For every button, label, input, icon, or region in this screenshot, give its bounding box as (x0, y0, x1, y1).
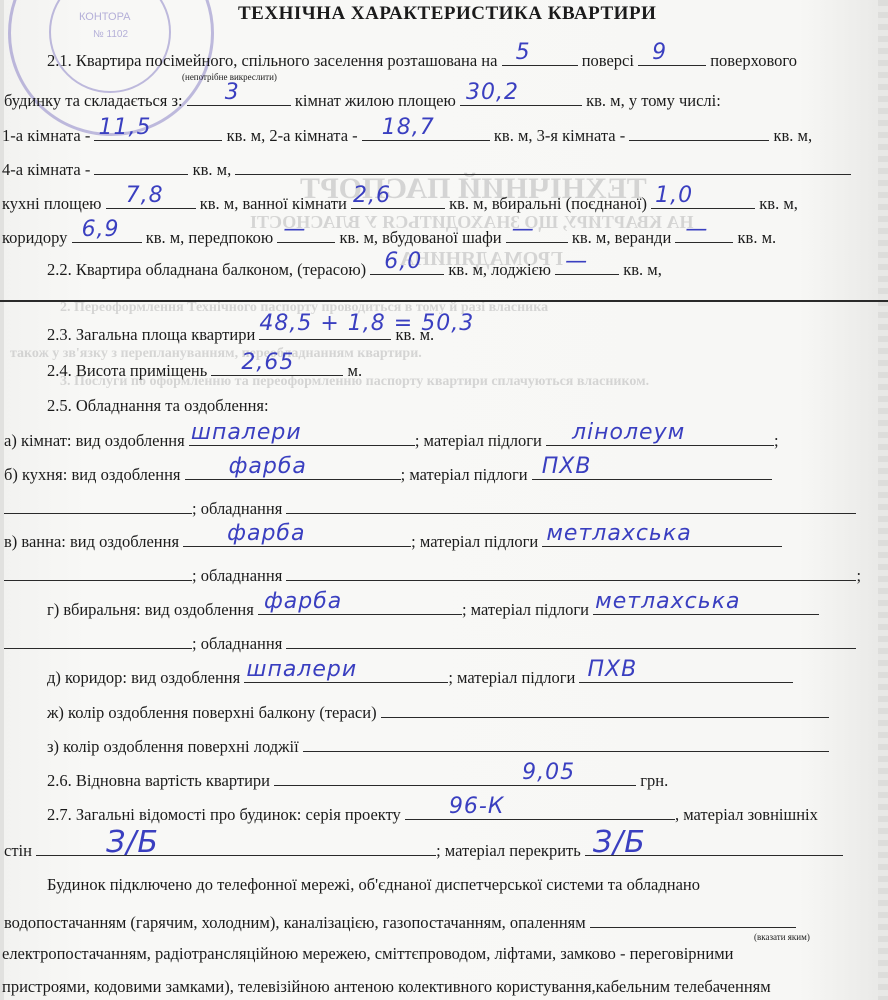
corridor-area-field: 6,9 (72, 225, 142, 243)
rooms-finish-field: шпалери (189, 428, 415, 446)
room3-field (629, 123, 769, 141)
toilet-finish-field: фарба (258, 597, 462, 615)
section-2-4: 2.4. Висота приміщень 2,65 м. (47, 358, 362, 381)
kitchen-equipment-field (286, 496, 856, 514)
heating-note: (вказати яким) (754, 932, 810, 942)
bath-equipment-line: ; обладнання ; (4, 563, 861, 586)
bath-equipment-field (286, 563, 856, 581)
floor-field: 5 (502, 48, 578, 66)
section-2-2: 2.2. Квартира обладнана балконом, (терас… (47, 257, 662, 280)
building-text-line1: Будинок підключено до телефонної мережі,… (47, 875, 700, 895)
bath-floor-field: метлахська (542, 529, 782, 547)
section-2-1-line1: 2.1. Квартира посімейного, спільного зас… (47, 48, 797, 71)
room1-field: 11,5 (94, 123, 222, 141)
ceiling-height-field: 2,65 (211, 358, 343, 376)
section-2-1-line2: будинку та складається з: 3 кімнат жилою… (4, 88, 721, 111)
bath-finish-field: фарба (183, 529, 411, 547)
heating-type-field (590, 910, 796, 928)
balcony-color-line: ж) колір оздоблення поверхні балкону (те… (47, 700, 829, 723)
balcony-area-field: 6,0 (370, 257, 444, 275)
floors-material-field: З/Б (585, 838, 843, 856)
balcony-color-field (381, 700, 829, 718)
corridor-line: коридору 6,9 кв. м, передпокою — кв. м, … (2, 225, 776, 248)
rooms-count-field: 3 (187, 88, 291, 106)
corridor-finish-line: д) коридор: вид оздоблення шпалери; мате… (47, 665, 793, 688)
walls-material-field: З/Б (36, 838, 436, 856)
kitchen-equipment-line: ; обладнання (4, 496, 856, 519)
toilet-floor-field: метлахська (593, 597, 819, 615)
kitchen-line: кухні площею 7,8 кв. м, ванної кімнати 2… (2, 191, 798, 214)
veranda-area-field: — (675, 225, 733, 243)
stamp-text: КОНТОРА (79, 11, 131, 23)
separator-line (0, 300, 888, 302)
restoration-cost-field: 9,05 (274, 768, 636, 786)
section-2-7-line1: 2.7. Загальні відомості про будинок: сер… (47, 802, 818, 825)
bath-area-field: 2,6 (351, 191, 445, 209)
kitchen-finish-line: б) кухня: вид оздоблення фарба; матеріал… (4, 462, 772, 485)
floors-total-field: 9 (638, 48, 706, 66)
room4-field (94, 157, 188, 175)
kitchen-finish-field: фарба (185, 462, 401, 480)
page-title: ТЕХНІЧНА ХАРАКТЕРИСТИКА КВАРТИРИ (238, 3, 656, 25)
section-2-5-heading: 2.5. Обладнання та оздоблення: (47, 396, 269, 416)
room4-line: 4-а кімната - кв. м, (2, 157, 851, 180)
corridor-finish-field: шпалери (244, 665, 448, 683)
rooms-line: 1-а кімната - 11,5 кв. м, 2-а кімната - … (2, 123, 812, 146)
extra-field (235, 157, 851, 175)
loggia-color-field (303, 734, 829, 752)
building-text-line3: електропостачанням, радіотрансляційною м… (2, 944, 734, 964)
document-page: ТЕХНІЧНИЙ ПАСПОРТ НА КВАРТИРУ, ЩО ЗНАХОД… (0, 0, 888, 1000)
toilet-area-field: 1,0 (651, 191, 755, 209)
project-series-field: 96-К (405, 802, 675, 820)
living-area-field: 30,2 (460, 88, 582, 106)
room2-field: 18,7 (362, 123, 490, 141)
rooms-floor-field: лінолеум (546, 428, 774, 446)
scan-edge-right (878, 0, 888, 1000)
section-2-7-line2: стін З/Б; матеріал перекрить З/Б (4, 838, 843, 861)
closet-area-field: — (506, 225, 568, 243)
bath-finish-line: в) ванна: вид оздоблення фарба; матеріал… (4, 529, 782, 552)
corridor-floor-field: ПХВ (579, 665, 793, 683)
building-text-line4: пристроями, кодовими замками), телевізій… (2, 977, 771, 997)
stamp-number: № 1102 (93, 29, 128, 40)
toilet-finish-line: г) вбиральня: вид оздоблення фарба; мате… (47, 597, 819, 620)
total-area-field: 48,5 + 1,8 = 50,3 (259, 322, 391, 340)
building-text-line2: водопостачанням (гарячим, холодним), кан… (4, 910, 796, 933)
toilet-equipment-field (286, 631, 856, 649)
kitchen-area-field: 7,8 (106, 191, 196, 209)
section-2-3: 2.3. Загальна площа квартири 48,5 + 1,8 … (47, 322, 434, 345)
loggia-color-line: з) колір оздоблення поверхні лоджії (47, 734, 829, 757)
hall-area-field: — (277, 225, 335, 243)
rooms-finish-line: а) кімнат: вид оздоблення шпалери; матер… (4, 428, 779, 451)
kitchen-floor-field: ПХВ (532, 462, 772, 480)
section-2-6: 2.6. Відновна вартість квартири 9,05 грн… (47, 768, 668, 791)
loggia-area-field: — (555, 257, 619, 275)
toilet-equipment-line: ; обладнання (4, 631, 856, 654)
